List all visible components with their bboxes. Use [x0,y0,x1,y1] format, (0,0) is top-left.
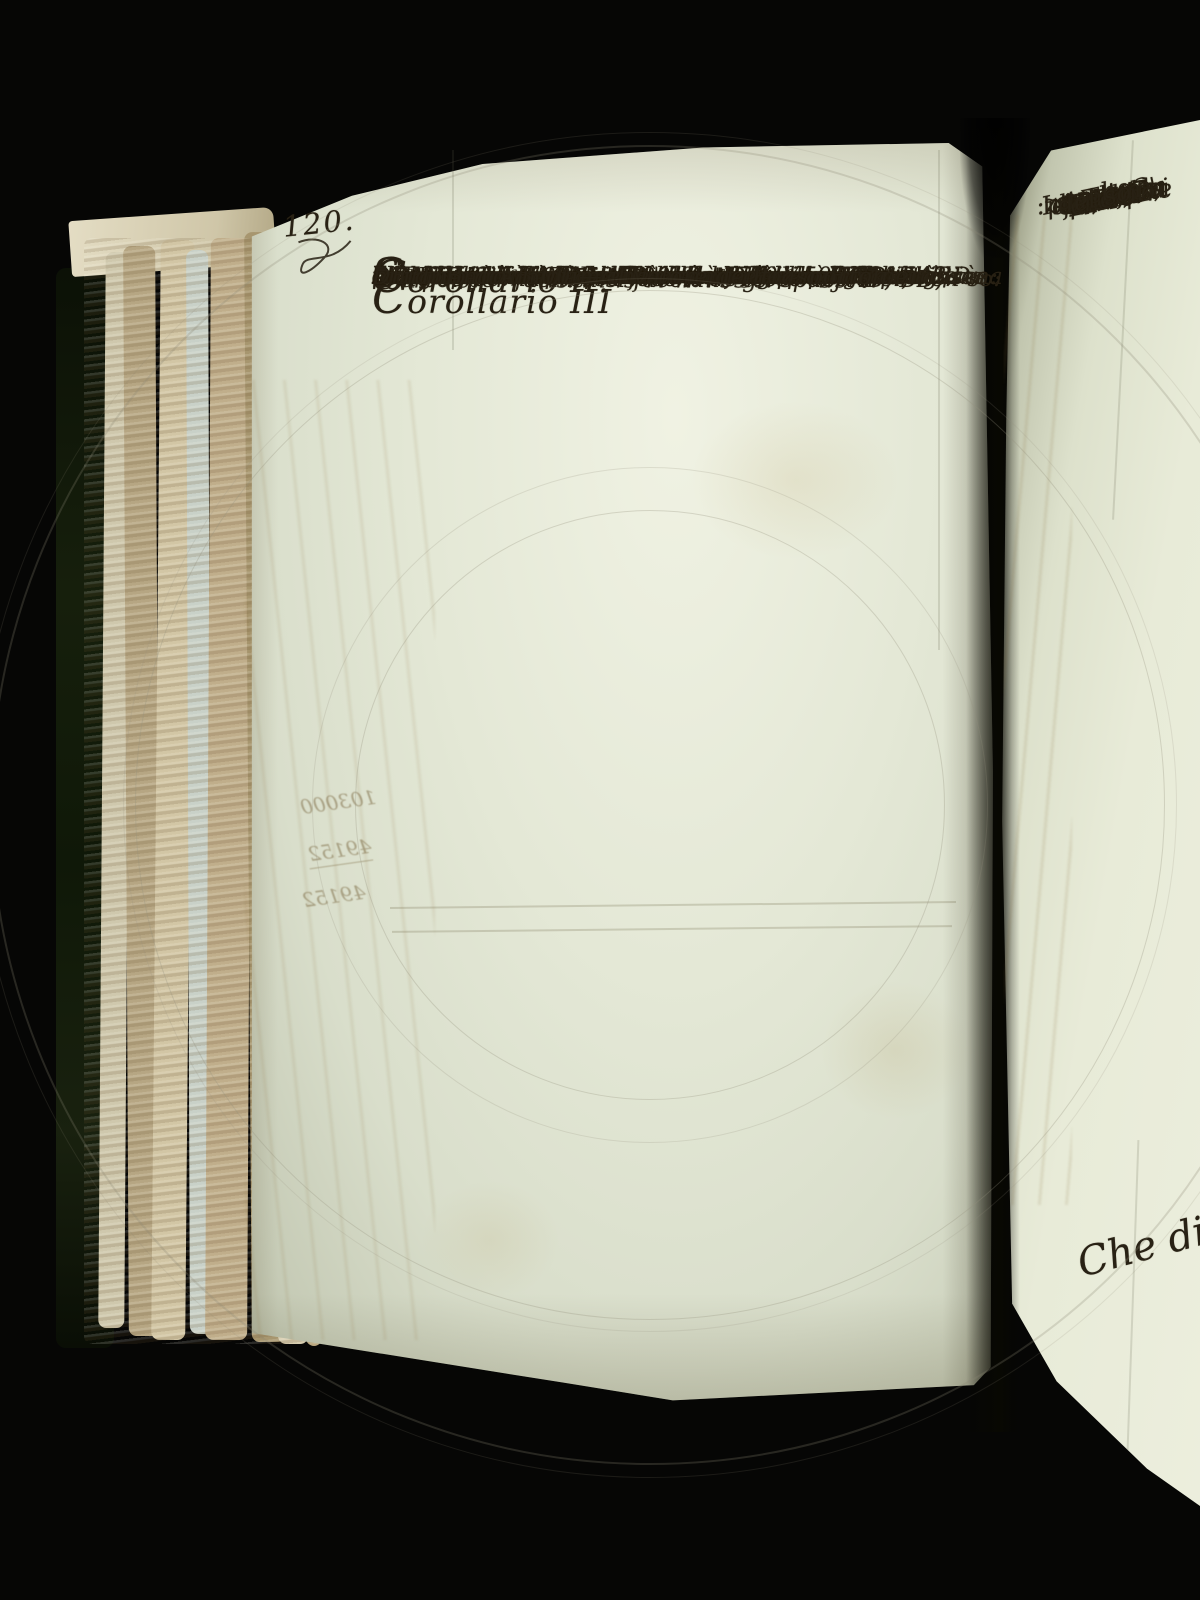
ink-show-through [1004,215,1072,1205]
chain-line [938,150,940,650]
paper-stain [690,400,900,560]
manuscript-line: DF di Brac.ᵃ 500.— il valore del traspor… [372,258,986,298]
paper-stain [820,980,970,1120]
page-number-flourish [292,228,361,286]
paper-stain [420,1180,560,1300]
manuscript-photo: 103000 49152 49152 120. Corollario II. C… [0,0,1200,1600]
